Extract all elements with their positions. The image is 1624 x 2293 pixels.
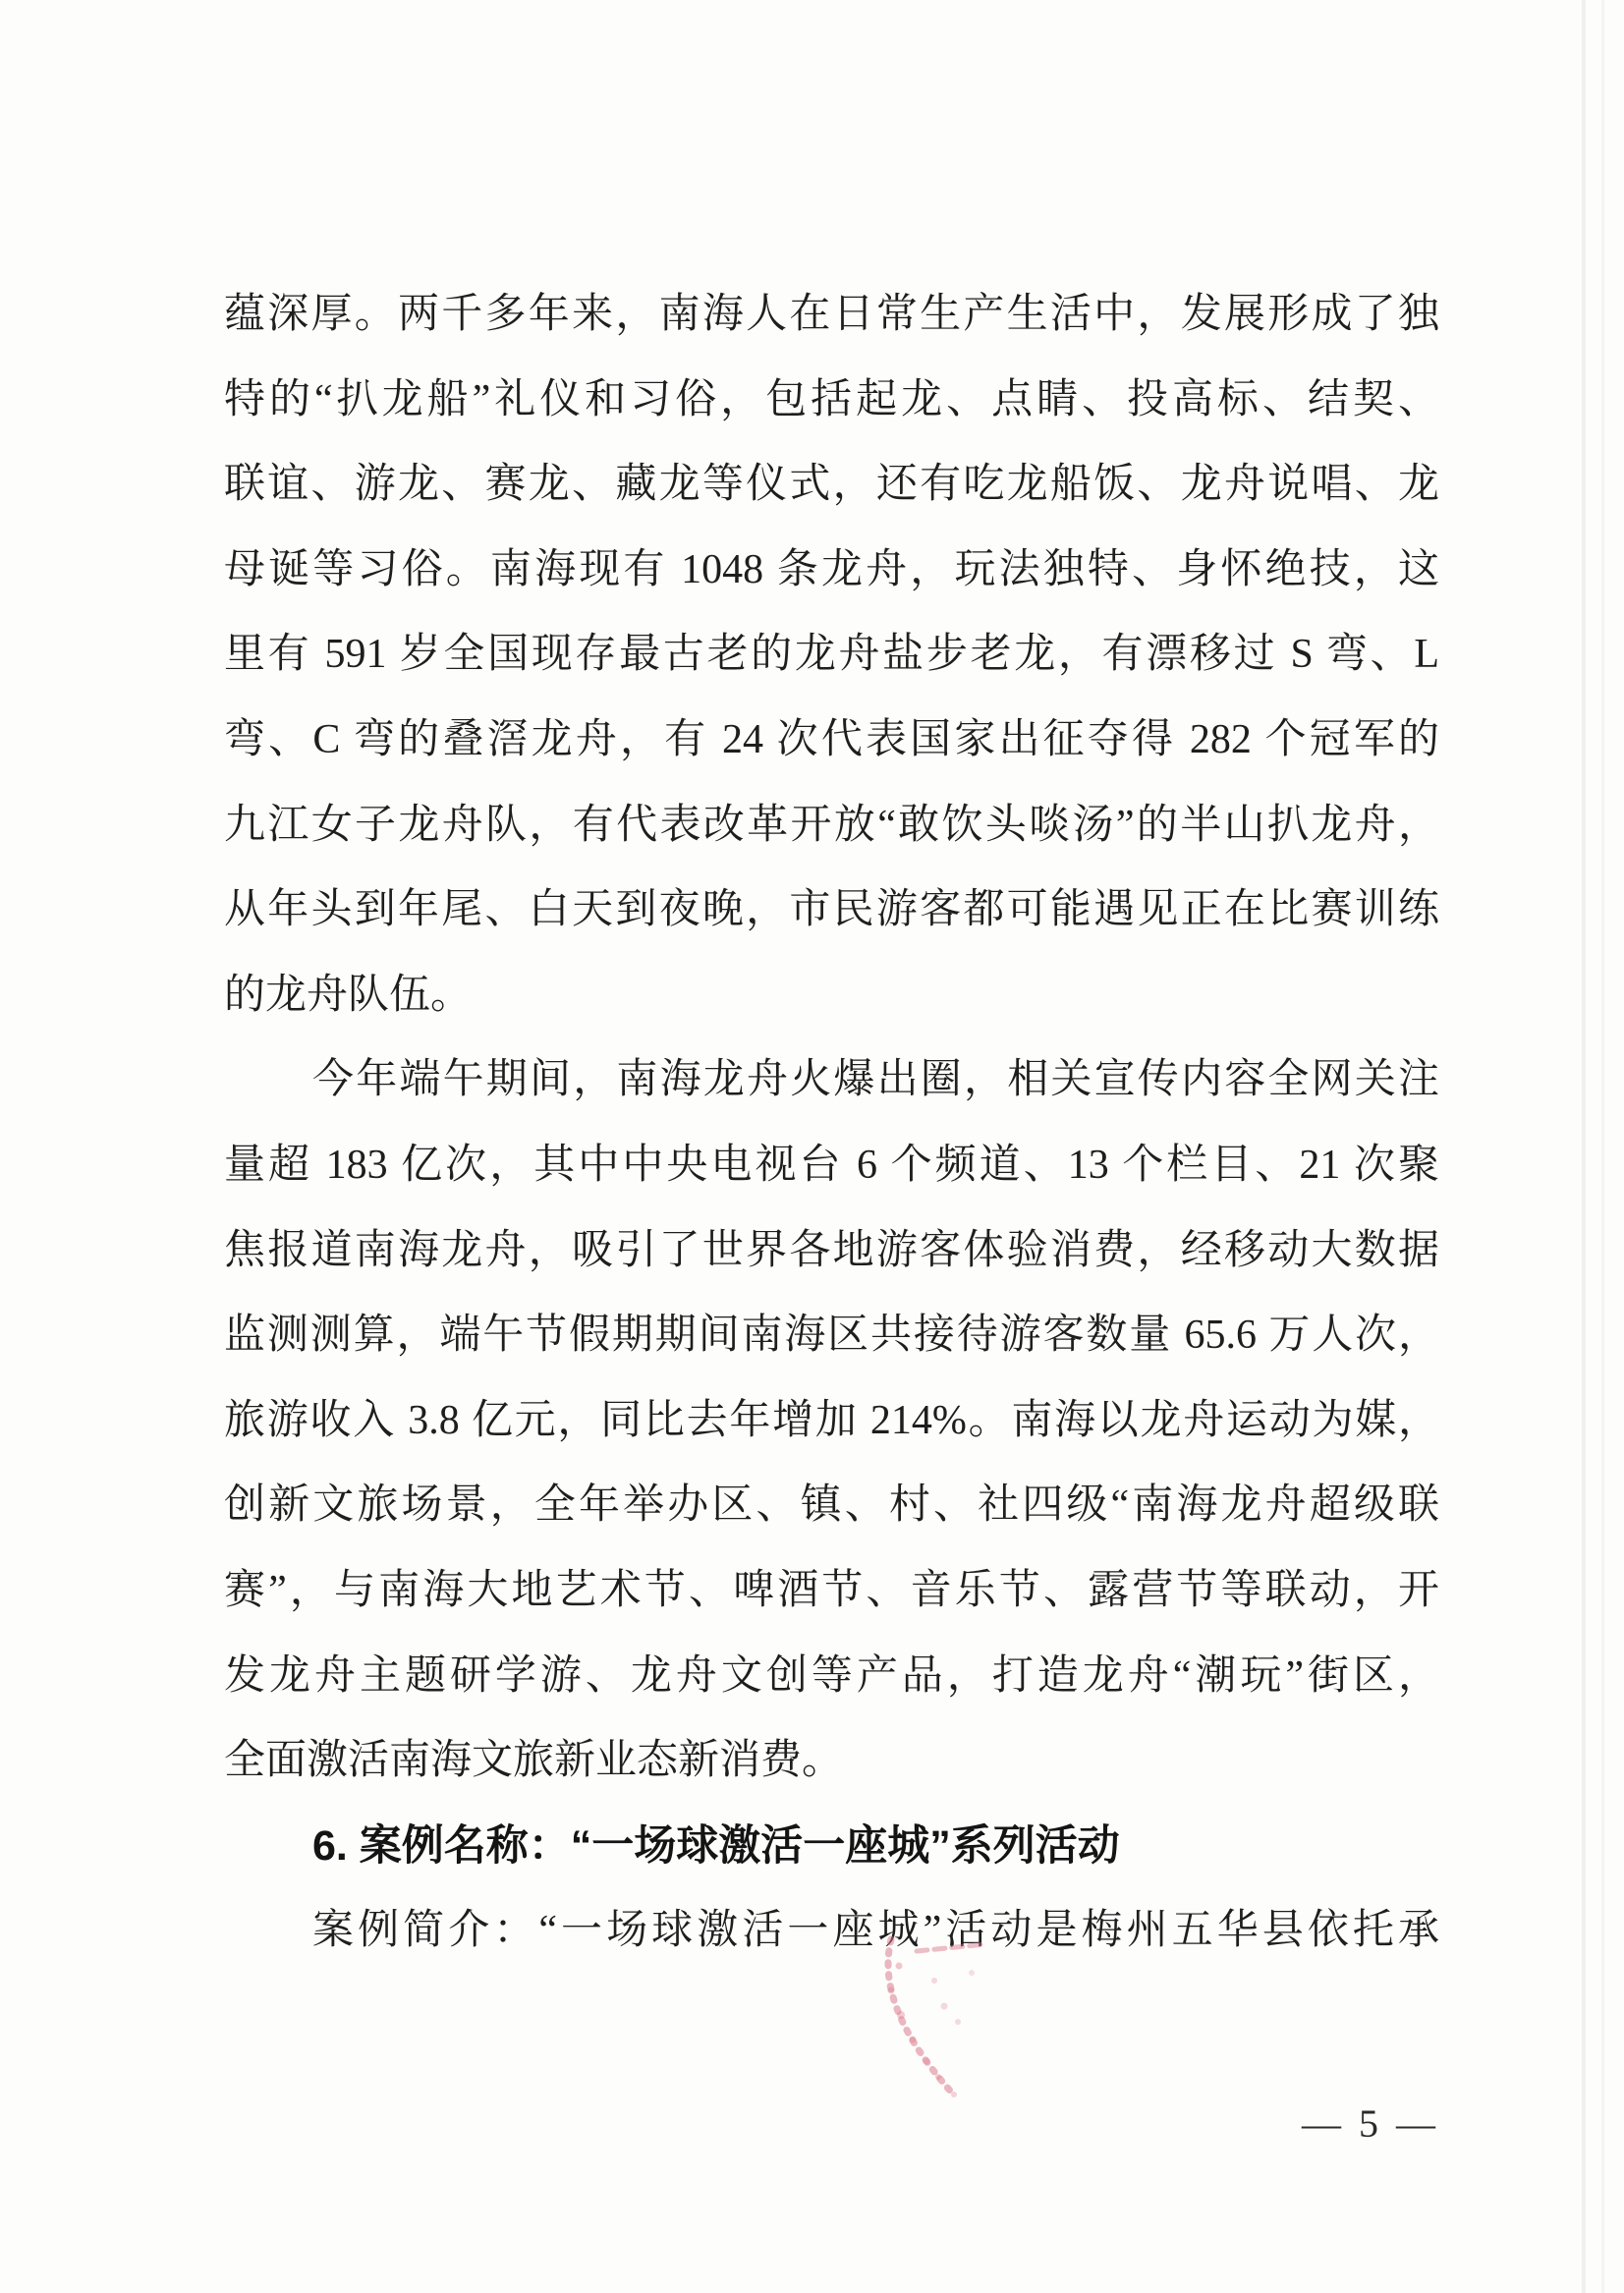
body-line: 发龙舟主题研学游、龙舟文创等产品，打造龙舟“潮玩”街区，: [224, 1634, 1439, 1719]
scan-artifact-line: [1582, 0, 1586, 2293]
page-number: — 5 —: [1302, 2100, 1439, 2147]
document-body: 蕴深厚。两千多年来，南海人在日常生产生活中，发展形成了独 特的“扒龙船”礼仪和习…: [224, 272, 1439, 1974]
body-line: 全面激活南海文旅新业态新消费。: [224, 1718, 1439, 1804]
body-line: 母诞等习俗。南海现有 1048 条龙舟，玩法独特、身怀绝技，这: [224, 528, 1439, 613]
body-line: 焦报道南海龙舟，吸引了世界各地游客体验消费，经移动大数据: [224, 1208, 1439, 1294]
body-line: 从年头到年尾、白天到夜晚，市民游客都可能遇见正在比赛训练: [224, 867, 1439, 953]
document-page: 蕴深厚。两千多年来，南海人在日常生产生活中，发展形成了独 特的“扒龙船”礼仪和习…: [0, 0, 1624, 2293]
body-line: 弯、C 弯的叠滘龙舟，有 24 次代表国家出征夺得 282 个冠军的: [224, 698, 1439, 783]
body-line: 里有 591 岁全国现存最古老的龙舟盐步老龙，有漂移过 S 弯、L: [224, 612, 1439, 698]
body-line: 联谊、游龙、赛龙、藏龙等仪式，还有吃龙船饭、龙舟说唱、龙: [224, 442, 1439, 528]
body-line: 九江女子龙舟队，有代表改革开放“敢饮头啖汤”的半山扒龙舟，: [224, 783, 1439, 868]
paragraph-start-line: 案例简介：“一场球激活一座城”活动是梅州五华县依托承: [224, 1888, 1439, 1974]
body-line: 旅游收入 3.8 亿元，同比去年增加 214%。南海以龙舟运动为媒，: [224, 1378, 1439, 1464]
body-line: 创新文旅场景，全年举办区、镇、村、社四级“南海龙舟超级联: [224, 1463, 1439, 1548]
body-line: 的龙舟队伍。: [224, 953, 1439, 1038]
body-line: 特的“扒龙船”礼仪和习俗，包括起龙、点睛、投高标、结契、: [224, 358, 1439, 443]
body-line: 赛”，与南海大地艺术节、啤酒节、音乐节、露营节等联动，开: [224, 1548, 1439, 1634]
body-line: 监测测算，端午节假期期间南海区共接待游客数量 65.6 万人次，: [224, 1293, 1439, 1378]
body-line: 蕴深厚。两千多年来，南海人在日常生产生活中，发展形成了独: [224, 272, 1439, 358]
case-heading: 6. 案例名称：“一场球激活一座城”系列活动: [224, 1804, 1439, 1889]
scan-artifact-line-2: [1601, 0, 1604, 2293]
paragraph-start-line: 今年端午期间，南海龙舟火爆出圈，相关宣传内容全网关注: [224, 1037, 1439, 1123]
body-line: 量超 183 亿次，其中中央电视台 6 个频道、13 个栏目、21 次聚: [224, 1123, 1439, 1208]
red-seal-stamp-fragment: [840, 1922, 1012, 2108]
